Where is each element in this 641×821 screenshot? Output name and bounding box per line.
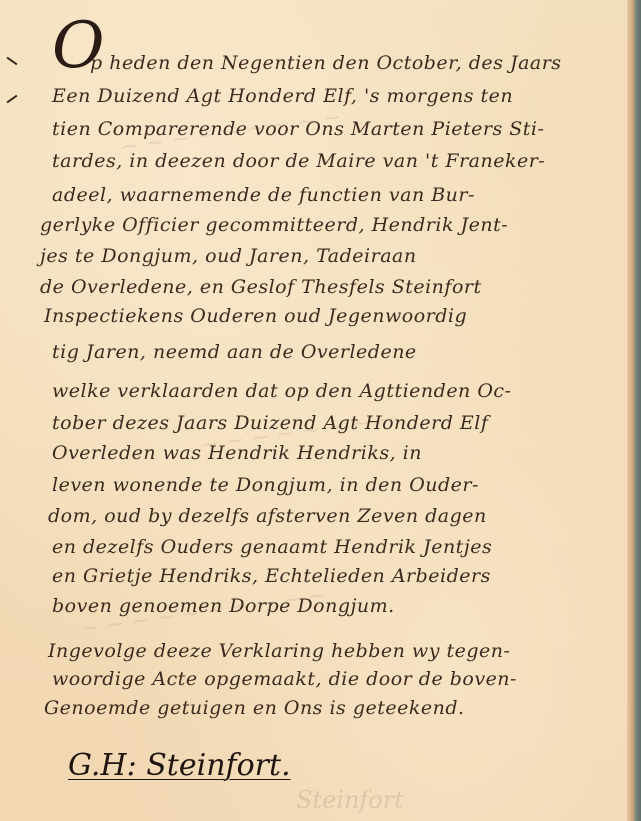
text-line-19: Ingevolge deeze Verklaring hebben wy teg… [48, 640, 510, 662]
text-line-21: Genoemde getuigen en Ons is geteekend. [44, 697, 465, 719]
page-edge [627, 0, 641, 821]
text-line-13: Overleden was Hendrik Hendriks, in [52, 442, 422, 464]
ghost-signature-bleed: Steinfort [296, 786, 404, 814]
text-line-7: jes te Dongjum, oud Jaren, Tadeiraan [40, 245, 417, 267]
text-line-10: tig Jaren, neemd aan de Overledene [52, 341, 417, 363]
text-line-11: welke verklaarden dat op den Agttienden … [52, 380, 511, 402]
text-line-14: leven wonende te Dongjum, in den Ouder- [52, 474, 479, 496]
text-line-15: dom, oud by dezelfs afsterven Zeven dage… [48, 505, 487, 527]
text-line-8: de Overledene, en Geslof Thesfels Steinf… [40, 276, 482, 298]
text-line-9: Inspectiekens Ouderen oud Jegenwoordig [44, 305, 467, 327]
signature: G.H: Steinfort. [68, 748, 291, 783]
text-line-18: boven genoemen Dorpe Dongjum. [52, 595, 395, 617]
text-line-12: tober dezes Jaars Duizend Agt Honderd El… [52, 412, 488, 434]
text-line-2: Een Duizend Agt Honderd Elf, 's morgens … [52, 85, 513, 107]
text-line-16: en dezelfs Ouders genaamt Hendrik Jentje… [52, 536, 492, 558]
text-line-20: woordige Acte opgemaakt, die door de bov… [52, 668, 517, 690]
text-line-17: en Grietje Hendriks, Echtelieden Arbeide… [52, 565, 491, 587]
margin-tick-mark [7, 57, 18, 66]
text-line-4: tardes, in deezen door de Maire van 't F… [52, 150, 545, 172]
text-line-5: adeel, waarnemende de functien van Bur- [52, 184, 475, 206]
margin-tick-mark [7, 95, 18, 104]
text-line-3: tien Comparerende voor Ons Marten Pieter… [52, 118, 544, 140]
document-page: ~ ~ ~ ~ ~ ~ ~ ~ ~ ~ ~ ~ ~ ~ ~ ~ ~ ~ ~ ~ … [0, 0, 641, 821]
text-line-1: p heden den Negentien den October, des J… [90, 52, 562, 74]
text-line-6: gerlyke Officier gecommitteerd, Hendrik … [40, 214, 508, 236]
